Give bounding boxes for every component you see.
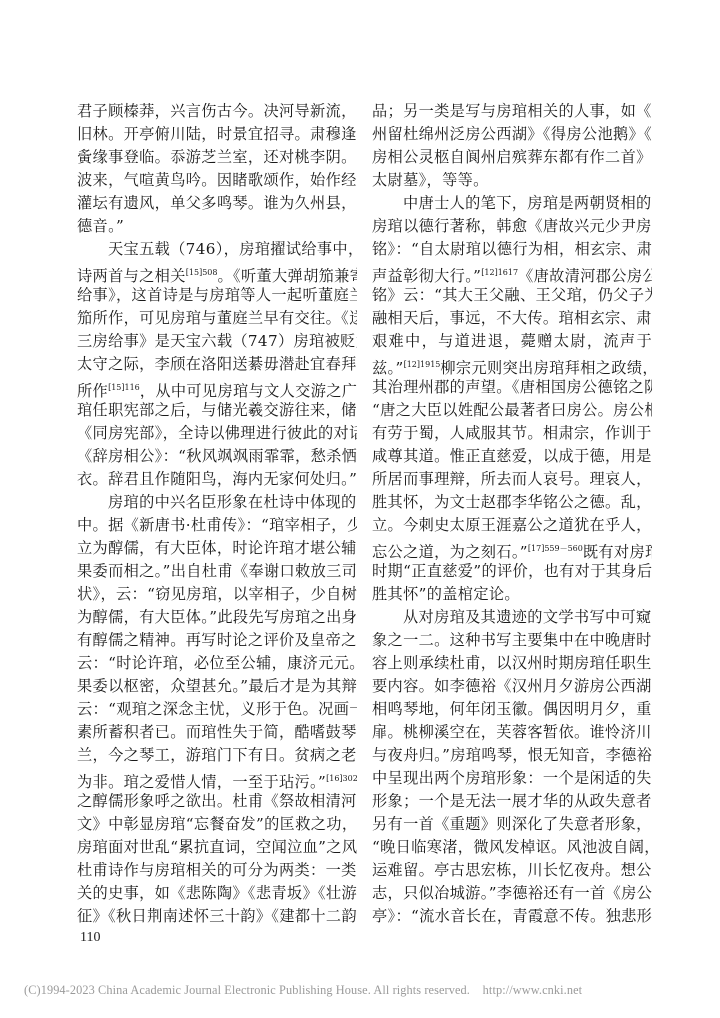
text-line: 《同房宪部》，全诗以佛理进行彼此的对话。张偁 xyxy=(77,422,357,445)
line-text: 有劳于蜀，人咸服其节。相肃宗，作训于岐，人 xyxy=(372,424,652,442)
line-text: 与夜舟归。”房琯鸣琴，恨无知音，李德裕在诗 xyxy=(372,746,652,764)
citation-superscript: [12]1617 xyxy=(481,268,518,277)
line-text: 琯任职宪部之后，与储光羲交游往来，储光羲作 xyxy=(77,401,357,419)
text-line: 象之一二。这种书写主要集中在中晚唐时期，内 xyxy=(372,629,652,652)
copyright-footer: (C)1994-2023 China Academic Journal Elec… xyxy=(24,983,582,998)
line-text: 云：“时论许琯，必位至公辅，康济元元。陛下 xyxy=(77,654,357,672)
text-line: 太守之际，李颀在洛阳送綦毋潜赴宜春拜访房琯 xyxy=(77,353,357,376)
line-text: 旧林。开亭俯川陆，时景宜招寻。肃穆逢使轩， xyxy=(77,125,357,143)
text-line: 胜其怀，为文士赵郡李华铭公之德。乱，故不克 xyxy=(372,491,652,514)
text-line: “唐之大臣以姓配公最著者曰房公。房公相玄宗， xyxy=(372,399,652,422)
line-text: 太尉墓》，等等。 xyxy=(372,171,489,189)
line-text: “唐之大臣以姓配公最著者曰房公。房公相玄宗， xyxy=(372,401,652,419)
line-text: 房琯的中兴名臣形象在杜诗中体现的最为集 xyxy=(108,493,357,511)
line-text-tail: ，从中可见房琯与文人交游之广泛。房 xyxy=(140,382,357,399)
text-line: 房琯以德行著称，韩愈《唐故兴元少尹房君墓志 xyxy=(372,215,652,238)
line-text-tail: 。《听董大弹胡笳兼寄弄房 xyxy=(217,267,357,284)
text-line: 所作[15]116，从中可见房琯与文人交游之广泛。房 xyxy=(77,376,357,399)
text-line: 果委以枢密，众望甚允。”最后才是为其辩护， xyxy=(77,675,357,698)
line-text: 铭》云：“其大王父融、王父琯，仍父子为宰相。 xyxy=(372,286,652,304)
line-text: 状》，云：“窃见房琯，以宰相子，少自树立，晚 xyxy=(77,585,357,603)
text-line: 时期“正直慈爱”的评价，也有对于其身后“不 xyxy=(372,560,652,583)
line-text: 灌坛有遗风，单父多鸣琴。谁为久州县，苍生怀 xyxy=(77,194,357,212)
text-line: 中呈现出两个房琯形象：一个是闲适的失意隐者 xyxy=(372,767,652,790)
line-text: 要内容。如李德裕《汉州月夕游房公西湖》：“丞 xyxy=(372,677,652,695)
line-text: 兹。” xyxy=(372,359,404,376)
text-line: 形象；一个是无法一展才华的从政失意者形象。 xyxy=(372,790,652,813)
text-line: 给事》，这首诗是与房琯等人一起听董庭兰弹胡 xyxy=(77,284,357,307)
line-text: 时期“正直慈爱”的评价，也有对于其身后“不 xyxy=(372,562,652,580)
text-line: 为醇儒，有大臣体。”此段先写房琯之出身清贵， xyxy=(77,606,357,629)
line-text: 果委而相之。”出自杜甫《奉谢口敕放三司推问 xyxy=(77,562,357,580)
line-text: 《同房宪部》，全诗以佛理进行彼此的对话。张偁 xyxy=(77,424,357,442)
line-text: 州留杜绵州泛房公西湖》《得房公池鹅》《承闻故 xyxy=(372,125,652,143)
text-line: 旧林。开亭俯川陆，时景宜招寻。肃穆逢使轩， xyxy=(77,123,357,146)
line-text: 铭》：“自太尉琯以德行为相，相玄宗、肃宗，名 xyxy=(372,240,652,258)
text-line: 房琯的中兴名臣形象在杜诗中体现的最为集 xyxy=(77,491,357,514)
line-text: 立。今刺史太原王涯嘉公之道犹在乎人，哀人不 xyxy=(372,516,652,534)
text-line: 其治理州郡的声望。《唐相国房公德铭之阴》云： xyxy=(372,376,652,399)
text-line: 融相天后，事远，不大传。琯相玄宗、肃宗，处 xyxy=(372,307,652,330)
line-text: 房相公灵柩自阆州启殡葬东都有作二首》《别房 xyxy=(372,148,652,166)
line-text: 忘公之道，为之刻石。” xyxy=(372,543,528,560)
text-line: 铭》云：“其大王父融、王父琯，仍父子为宰相。 xyxy=(372,284,652,307)
line-text: 为非。琯之爱惜人情，一至于玷污。” xyxy=(77,773,326,790)
line-text: 房琯面对世乱“累抗直词，空闻泣血”之风范。 xyxy=(77,838,357,856)
line-text: 声益彰彻大行。” xyxy=(372,267,481,284)
line-text: 亭》：“流水音长在，青霞意不传。独悲形解后， xyxy=(372,907,652,925)
line-text: 另有一首《重题》则深化了失意者形象，诗云： xyxy=(372,815,652,833)
text-line: 灌坛有遗风，单父多鸣琴。谁为久州县，苍生怀 xyxy=(77,192,357,215)
citation-superscript: [16]3028 xyxy=(326,774,357,783)
line-text: 德音。” xyxy=(77,217,124,235)
line-text: 给事》，这首诗是与房琯等人一起听董庭兰弹胡 xyxy=(77,286,357,304)
right-column: 品；另一类是写与房琯相关的人事，如《陪王汉州留杜绵州泛房公西湖》《得房公池鹅》《… xyxy=(372,100,652,928)
text-line: 琯任职宪部之后，与储光羲交游往来，储光羲作 xyxy=(77,399,357,422)
text-line: 铭》：“自太尉琯以德行为相，相玄宗、肃宗，名 xyxy=(372,238,652,261)
text-line: 太尉墓》，等等。 xyxy=(372,169,652,192)
line-text: 君子顾榛莽，兴言伤古今。决河导新流，疏径踪 xyxy=(77,102,357,120)
line-text: 天宝五载（746），房琯擢试给事中，李颀有 xyxy=(108,240,357,258)
text-line: 天宝五载（746），房琯擢试给事中，李颀有 xyxy=(77,238,357,261)
text-line: 果委而相之。”出自杜甫《奉谢口敕放三司推问 xyxy=(77,560,357,583)
line-text: 咸尊其道。惟正直慈爱，以成于德，用是进退， xyxy=(372,447,652,465)
citation-superscript: [12]1915 xyxy=(404,360,441,369)
text-line: 从对房琯及其遗迹的文学书写中可窥知其形 xyxy=(372,606,652,629)
text-line: 征》《秋日荆南述怀三十韵》《建都十二韵》等作 xyxy=(77,905,357,928)
text-line: 中。据《新唐书·杜甫传》：“琯宰相子，少自树 xyxy=(77,514,357,537)
text-line: 相鸣琴地，何年闭玉徽。偶因明月夕，重敞故楼 xyxy=(372,698,652,721)
line-text: 运难留。亭古思宏栋，川长忆夜舟。想公高世 xyxy=(372,861,652,879)
text-line: 忘公之道，为之刻石。”[17]559－560既有对房琯在任 xyxy=(372,537,652,560)
line-text: 为醇儒，有大臣体。”此段先写房琯之出身清贵， xyxy=(77,608,357,626)
line-text: 其治理州郡的声望。《唐相国房公德铭之阴》云： xyxy=(372,378,652,396)
text-line: 艰难中，与道进退，薨赠太尉，流声于 xyxy=(372,330,652,353)
line-text: 征》《秋日荆南述怀三十韵》《建都十二韵》等作 xyxy=(77,907,357,925)
line-text-tail: 柳宗元则突出房琯拜相之政绩，亦写 xyxy=(440,359,652,376)
line-text: 夤缘事登临。忝游芝兰室，还对桃李阴。岸远白 xyxy=(77,148,357,166)
text-line: 房琯面对世乱“累抗直词，空闻泣血”之风范。 xyxy=(77,836,357,859)
line-text: 志，只似冶城游。”李德裕还有一首《房公旧竹 xyxy=(372,884,652,902)
text-line: 品；另一类是写与房琯相关的人事，如《陪王汉 xyxy=(372,100,652,123)
line-text: 杜甫诗作与房琯相关的可分为两类：一类是写相 xyxy=(77,861,357,879)
line-text: 艰难中，与道进退，薨赠太尉，流声于 xyxy=(372,332,652,350)
text-line: 立为醇儒，有大臣体，时论许琯才堪公辅，陛下 xyxy=(77,537,357,560)
citation-superscript: [17]559－560 xyxy=(528,544,583,553)
text-line: 关的史事，如《悲陈陶》《悲青坂》《壮游》《北 xyxy=(77,882,357,905)
line-text: 诗两首与之相关 xyxy=(77,267,186,284)
line-text: 云：“观琯之深念主忧，义形于色。况画一保大， xyxy=(77,700,357,718)
text-line: 立。今刺史太原王涯嘉公之道犹在乎人，哀人不 xyxy=(372,514,652,537)
text-line: 云：“时论许琯，必位至公辅，康济元元。陛下 xyxy=(77,652,357,675)
text-line: 容上则承续杜甫，以汉州时期房琯任职生活为主 xyxy=(372,652,652,675)
line-text: 波来，气喧黄鸟吟。因睹歌颂作，始作经济心。 xyxy=(77,171,357,189)
line-text-tail: 《唐故清河郡公房公墓碣 xyxy=(518,267,652,284)
line-text: 素所蓄积者已。而琯性失于简，酷嗜鼓琴。董庭 xyxy=(77,723,357,741)
line-text: 笳所作，可见房琯与董庭兰早有交往。《送綦毋 xyxy=(77,309,357,327)
text-line: “晚日临寒渚，微风发棹讴。风池波自阔，鱼水 xyxy=(372,836,652,859)
text-line: 扉。桃柳溪空在，芙蓉客暂依。谁怜济川楫，长 xyxy=(372,721,652,744)
citation-superscript: [15]116 xyxy=(108,383,140,392)
line-text: 品；另一类是写与房琯相关的人事，如《陪王汉 xyxy=(372,102,652,120)
line-text: 《辞房相公》：“秋风飒飒雨霏霏，愁杀恓遑一布 xyxy=(77,447,357,465)
line-text: 胜其怀”的盖棺定论。 xyxy=(372,585,520,603)
text-line: 夤缘事登临。忝游芝兰室，还对桃李阴。岸远白 xyxy=(77,146,357,169)
line-text: 中唐士人的笔下，房琯是两朝贤相的代表。 xyxy=(403,194,652,212)
line-text: 中。据《新唐书·杜甫传》：“琯宰相子，少自树 xyxy=(77,516,357,534)
line-text: 扉。桃柳溪空在，芙蓉客暂依。谁怜济川楫，长 xyxy=(372,723,652,741)
line-text: 关的史事，如《悲陈陶》《悲青坂》《壮游》《北 xyxy=(77,884,357,902)
text-line: 君子顾榛莽，兴言伤古今。决河导新流，疏径踪 xyxy=(77,100,357,123)
text-line: 三房给事》是天宝六载（747）房琯被贬为宜春 xyxy=(77,330,357,353)
text-line: 志，只似冶城游。”李德裕还有一首《房公旧竹 xyxy=(372,882,652,905)
line-text: 相鸣琴地，何年闭玉徽。偶因明月夕，重敞故楼 xyxy=(372,700,652,718)
text-line: 咸尊其道。惟正直慈爱，以成于德，用是进退， xyxy=(372,445,652,468)
text-line: 兹。”[12]1915柳宗元则突出房琯拜相之政绩，亦写 xyxy=(372,353,652,376)
line-text: 三房给事》是天宝六载（747）房琯被贬为宜春 xyxy=(77,332,357,350)
line-text-tail: 既有对房琯在任 xyxy=(583,543,652,560)
text-line: 另有一首《重题》则深化了失意者形象，诗云： xyxy=(372,813,652,836)
line-text: 有醇儒之精神。再写时论之评价及皇帝之认可， xyxy=(77,631,357,649)
text-line: 德音。” xyxy=(77,215,357,238)
line-text: 中呈现出两个房琯形象：一个是闲适的失意隐者 xyxy=(372,769,652,787)
text-line: 要内容。如李德裕《汉州月夕游房公西湖》：“丞 xyxy=(372,675,652,698)
line-text: 衣。辞君且作随阳鸟，海内无家何处归。” xyxy=(77,470,357,488)
line-text: 之醇儒形象呼之欲出。杜甫《祭故相清河房公 xyxy=(77,792,357,810)
text-line: 胜其怀”的盖棺定论。 xyxy=(372,583,652,606)
text-line: 素所蓄积者已。而琯性失于简，酷嗜鼓琴。董庭 xyxy=(77,721,357,744)
text-line: 亭》：“流水音长在，青霞意不传。独悲形解后， xyxy=(372,905,652,928)
line-text: 所作 xyxy=(77,382,108,399)
text-line: 状》，云：“窃见房琯，以宰相子，少自树立，晚 xyxy=(77,583,357,606)
text-line: 有劳于蜀，人咸服其节。相肃宗，作训于岐，人 xyxy=(372,422,652,445)
text-line: 声益彰彻大行。”[12]1617《唐故清河郡公房公墓碣 xyxy=(372,261,652,284)
citation-superscript: [15]508 xyxy=(186,268,218,277)
line-text: 形象；一个是无法一展才华的从政失意者形象。 xyxy=(372,792,652,810)
line-text: 果委以枢密，众望甚允。”最后才是为其辩护， xyxy=(77,677,357,695)
text-line: 诗两首与之相关[15]508。《听董大弹胡笳兼寄弄房 xyxy=(77,261,357,284)
line-text: 所居而事理辩，所去而人哀号。理哀人，哀人不 xyxy=(372,470,652,488)
text-line: 州留杜绵州泛房公西湖》《得房公池鹅》《承闻故 xyxy=(372,123,652,146)
line-text: 文》中彰显房琯“忘餐奋发”的匡救之功，亦写 xyxy=(77,815,357,833)
line-text: 兰，今之琴工，游琯门下有日。贫病之老，依倚 xyxy=(77,746,357,764)
text-line: 中唐士人的笔下，房琯是两朝贤相的代表。 xyxy=(372,192,652,215)
line-text: “晚日临寒渚，微风发棹讴。风池波自阔，鱼水 xyxy=(372,838,652,856)
text-line: 云：“观琯之深念主忧，义形于色。况画一保大， xyxy=(77,698,357,721)
text-line: 有醇儒之精神。再写时论之评价及皇帝之认可， xyxy=(77,629,357,652)
text-line: 波来，气喧黄鸟吟。因睹歌颂作，始作经济心。 xyxy=(77,169,357,192)
text-line: 兰，今之琴工，游琯门下有日。贫病之老，依倚 xyxy=(77,744,357,767)
line-text: 房琯以德行著称，韩愈《唐故兴元少尹房君墓志 xyxy=(372,217,652,235)
text-line: 与夜舟归。”房琯鸣琴，恨无知音，李德裕在诗 xyxy=(372,744,652,767)
page-number: 110 xyxy=(80,930,100,946)
line-text: 象之一二。这种书写主要集中在中晚唐时期，内 xyxy=(372,631,652,649)
text-line: 文》中彰显房琯“忘餐奋发”的匡救之功，亦写 xyxy=(77,813,357,836)
text-line: 笳所作，可见房琯与董庭兰早有交往。《送綦毋 xyxy=(77,307,357,330)
line-text: 融相天后，事远，不大传。琯相玄宗、肃宗，处 xyxy=(372,309,652,327)
line-text: 容上则承续杜甫，以汉州时期房琯任职生活为主 xyxy=(372,654,652,672)
text-line: 《辞房相公》：“秋风飒飒雨霏霏，愁杀恓遑一布 xyxy=(77,445,357,468)
line-text: 太守之际，李颀在洛阳送綦毋潜赴宜春拜访房琯 xyxy=(77,355,357,373)
text-line: 运难留。亭古思宏栋，川长忆夜舟。想公高世 xyxy=(372,859,652,882)
text-line: 所居而事理辩，所去而人哀号。理哀人，哀人不 xyxy=(372,468,652,491)
left-column: 君子顾榛莽，兴言伤古今。决河导新流，疏径踪旧林。开亭俯川陆，时景宜招寻。肃穆逢使… xyxy=(77,100,357,928)
line-text: 立为醇儒，有大臣体，时论许琯才堪公辅，陛下 xyxy=(77,539,357,557)
text-line: 为非。琯之爱惜人情，一至于玷污。”[16]3028房琯 xyxy=(77,767,357,790)
text-line: 房相公灵柩自阆州启殡葬东都有作二首》《别房 xyxy=(372,146,652,169)
text-line: 衣。辞君且作随阳鸟，海内无家何处归。” xyxy=(77,468,357,491)
line-text: 从对房琯及其遗迹的文学书写中可窥知其形 xyxy=(403,608,652,626)
text-line: 之醇儒形象呼之欲出。杜甫《祭故相清河房公 xyxy=(77,790,357,813)
text-line: 杜甫诗作与房琯相关的可分为两类：一类是写相 xyxy=(77,859,357,882)
line-text: 胜其怀，为文士赵郡李华铭公之德。乱，故不克 xyxy=(372,493,652,511)
